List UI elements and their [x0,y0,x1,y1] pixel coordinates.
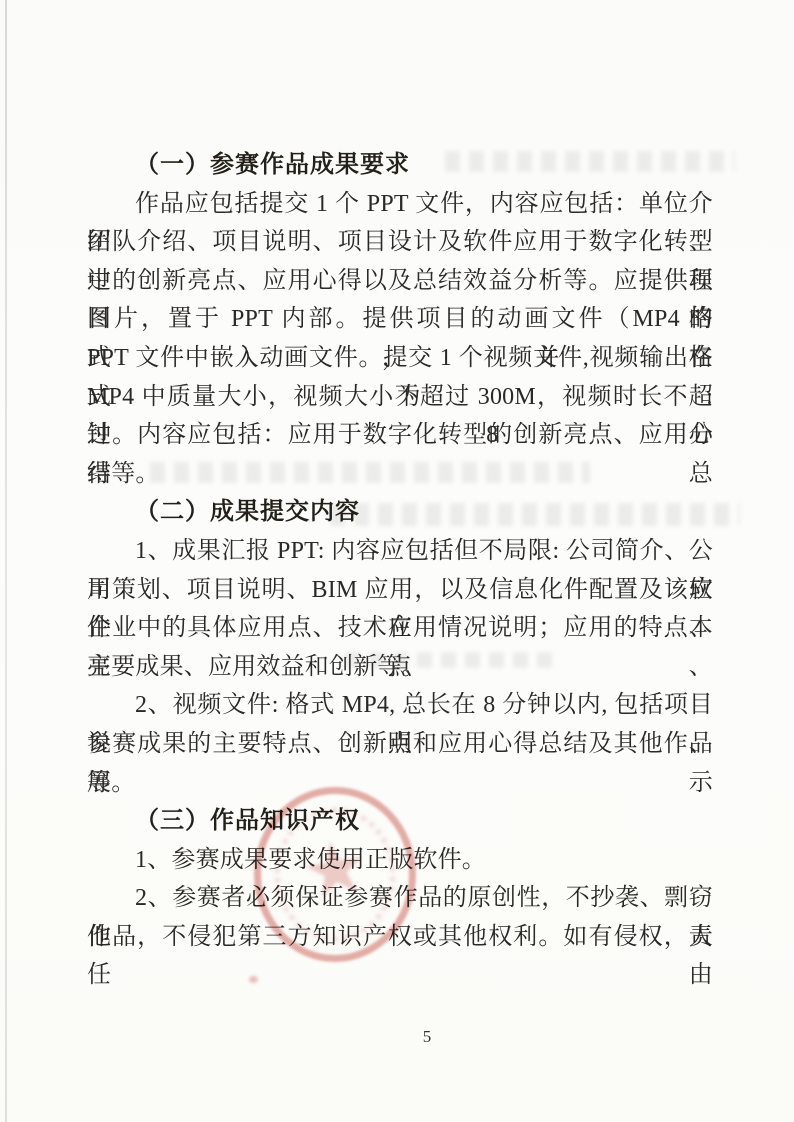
text-line: 作品应包括提交 1 个 PPT 文件，内容应包括：单位介绍、 [87,185,713,224]
text-line: 钟。内容应包括：应用于数字化转型的创新亮点、应用心得总 [87,416,713,455]
text-line: 用策划、项目说明、BIM 应用，以及信息化件配置及该软件在本 [87,571,713,610]
text-line: 中的创新亮点、应用心得以及总结效益分析等。应提供项目的 [87,262,713,301]
text-line: 团队介绍、项目说明、项目设计及软件应用于数字化转型过程 [87,223,713,262]
section-heading: （一）参赛作品成果要求 [87,146,713,185]
star-icon: ★ [256,821,415,920]
text-line: PPT 文件中嵌入动画文件。提交 1 个视频文件,视频输出格式为: [87,339,713,378]
text-line: 图片，置于 PPT 内部。提供项目的动画文件（MP4 格式），并在 [87,300,713,339]
scanned-document-page: （一）参赛作品成果要求作品应包括提交 1 个 PPT 文件，内容应包括：单位介绍… [0,0,794,1122]
scan-edge-shadow [5,0,7,1122]
text-line: 2、视频文件: 格式 MP4, 总长在 8 分钟以内, 包括项目说明、 [87,686,713,725]
seal-ink-speck [249,976,258,983]
page-number: 5 [30,1027,794,1049]
text-line: 1、成果汇报 PPT: 内容应包括但不局限: 公司简介、公司应 [87,532,713,571]
section-heading: （二）成果提交内容 [87,493,713,532]
red-seal-stamp: ★ [254,787,416,962]
text-line: MP4 中质量大小，视频大小不超过 300M，视频时长不超过 8 分 [87,378,713,417]
text-line: 参赛成果的主要特点、创新点和应用心得总结及其他作品展示 [87,725,713,764]
text-line: 企业中的具体应用点、技术应用情况说明；应用的特点、亮点、 [87,609,713,648]
